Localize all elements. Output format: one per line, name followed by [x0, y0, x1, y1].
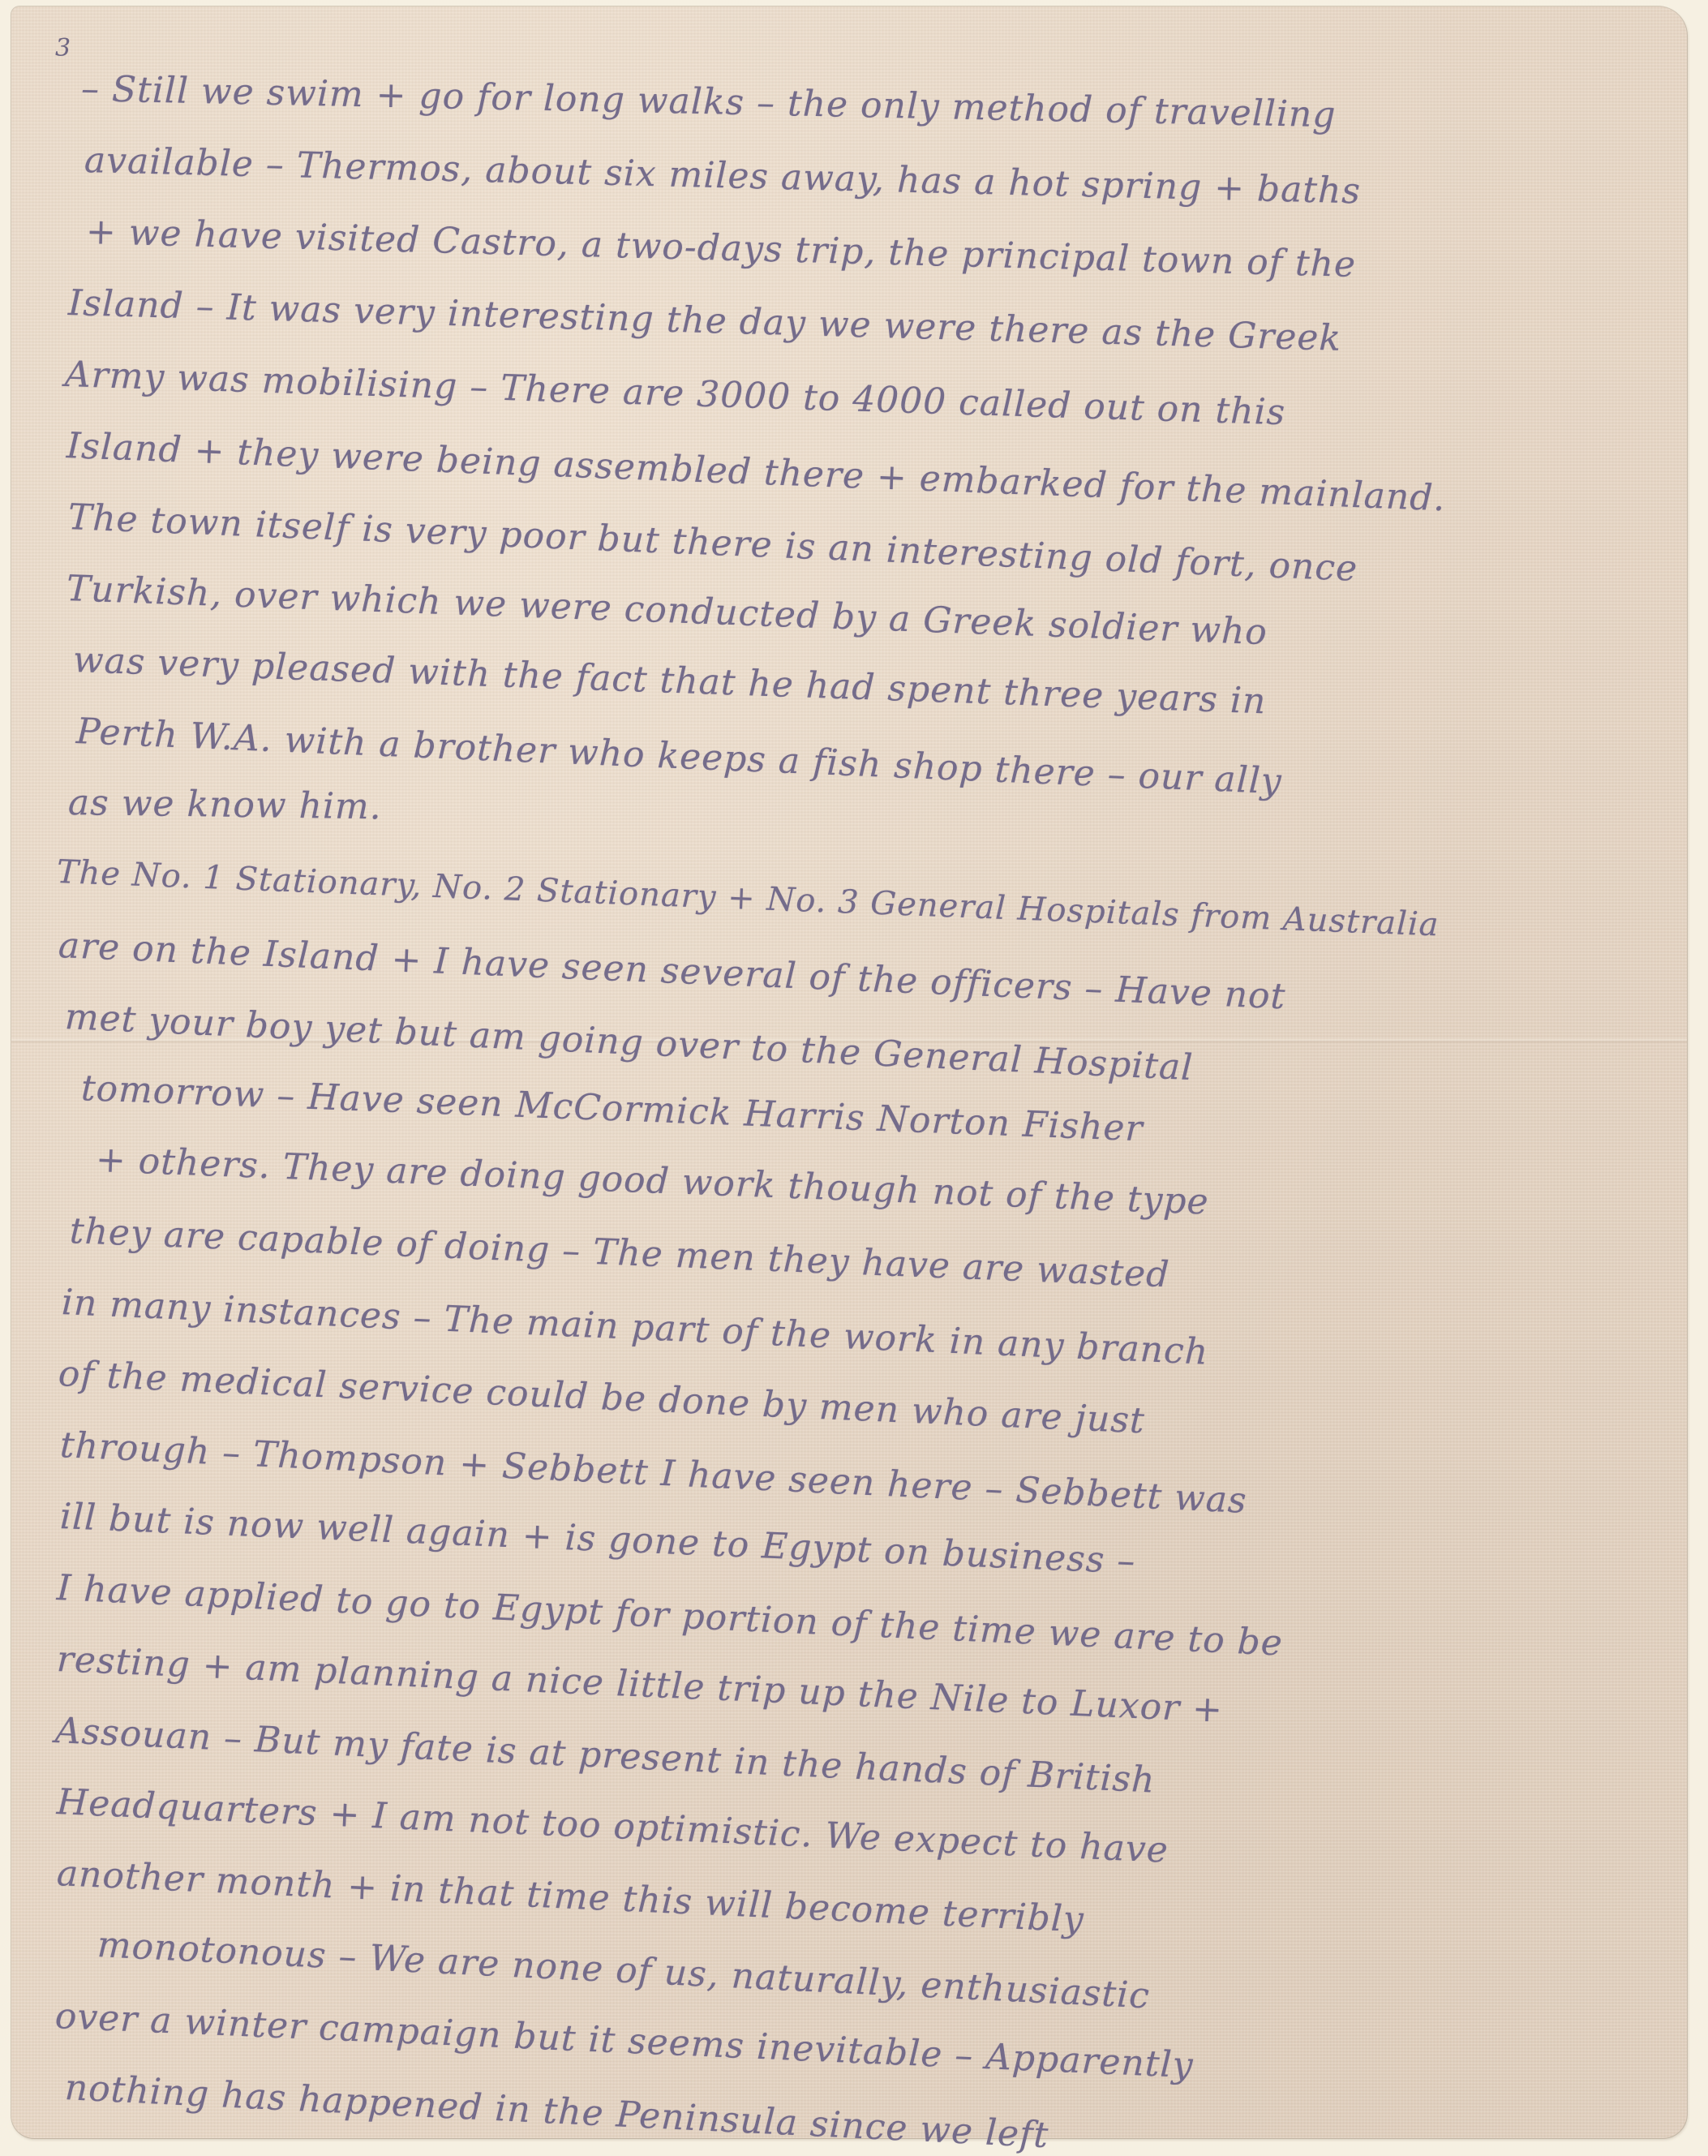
text-line: Island – It was very interesting the day…: [67, 282, 1341, 359]
page-number: 3: [55, 34, 71, 62]
text-line: Assouan – But my fate is at present in t…: [54, 1710, 1157, 1802]
text-line: The No. 1 Stationary, No. 2 Stationary +…: [56, 853, 1440, 943]
text-line: they are capable of doing – The men they…: [69, 1210, 1170, 1295]
text-line: monotonous – We are none of us, naturall…: [97, 1924, 1151, 2016]
text-line: another month + in that time this will b…: [56, 1853, 1085, 1940]
text-line: available – Thermos, about six miles awa…: [84, 140, 1361, 212]
text-line: Army was mobilising – There are 3000 to …: [64, 354, 1286, 433]
text-line: in many instances – The main part of the…: [61, 1282, 1209, 1373]
text-line: + others. They are doing good work thoug…: [95, 1139, 1210, 1223]
text-line: + we have visited Castro, a two-days tri…: [85, 211, 1356, 286]
text-line: as we know him.: [68, 782, 382, 827]
text-line: nothing has happened in the Peninsula si…: [64, 2067, 1050, 2156]
text-line: tomorrow – Have seen McCormick Harris No…: [80, 1067, 1144, 1149]
text-line: Headquarters + I am not too optimistic. …: [56, 1781, 1169, 1871]
text-line: was very pleased with the fact that he h…: [72, 639, 1267, 722]
text-line: of the medical service could be done by …: [58, 1353, 1146, 1441]
text-line: – Still we swim + go for long walks – th…: [80, 68, 1337, 135]
text-line: Turkish, over which we were conducted by…: [66, 568, 1268, 653]
text-line-content: as we know him.: [68, 782, 382, 827]
letter-page: 3 – Still we swim + go for long walks – …: [11, 6, 1687, 2138]
